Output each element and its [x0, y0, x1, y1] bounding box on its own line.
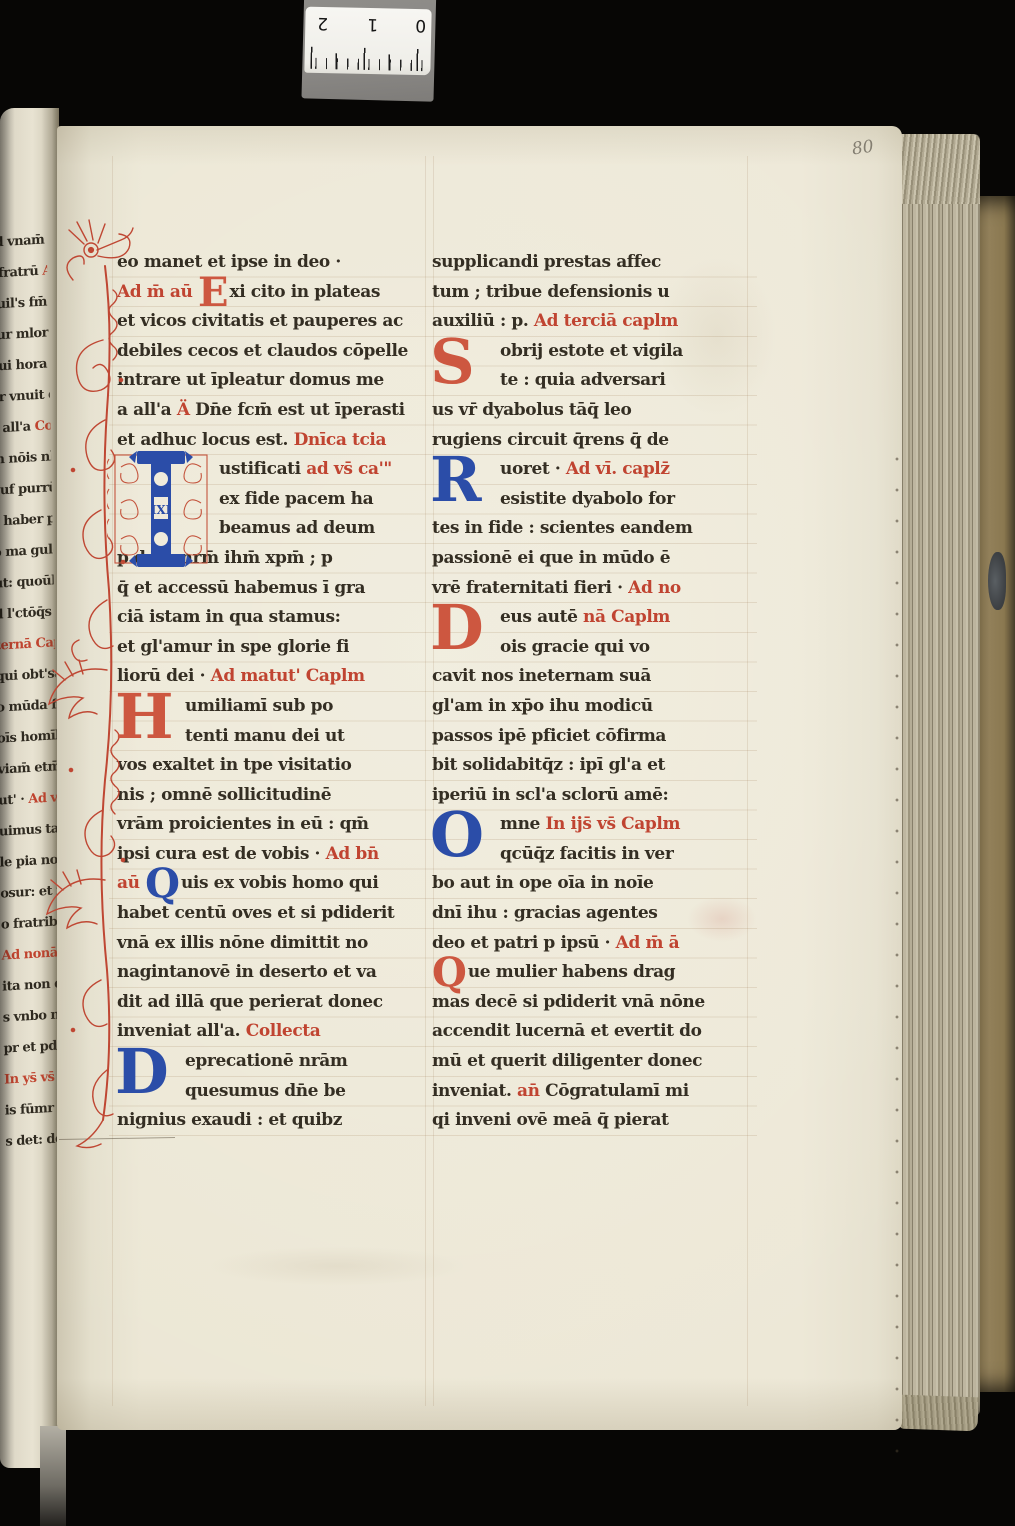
- text-segment: Dn̄e fcm̄ est ut īperasti: [195, 400, 405, 420]
- rubric-segment: Ad no: [628, 578, 681, 598]
- text-segment: us vr̄ dyabolus tāq̄ leo: [432, 400, 631, 420]
- text-segment: vos exaltet in tpe visitatio: [117, 755, 351, 775]
- text-segment: inveniat.: [432, 1081, 517, 1101]
- text-line: q̄ et accessū habemus ī gra: [117, 574, 433, 604]
- text-segment: intrare ut īpleatur domus me: [117, 370, 384, 390]
- text-segment: passionē ei que in mūdo ē: [432, 548, 670, 568]
- text-segment: accendit lucernā et evertit do: [432, 1021, 702, 1041]
- text-line: accendit lucernā et evertit do: [432, 1017, 748, 1047]
- text-line: et vicos civitatis et pauperes ac: [117, 307, 433, 337]
- text-segment: beamus ad deum: [219, 518, 375, 538]
- ruler-number-0: 0: [415, 15, 426, 35]
- text-segment: ois gracie qui vo: [500, 637, 650, 657]
- text-column-left: eo manet et ipse in deo ·Ad m̄ aū Exi ci…: [117, 248, 433, 1136]
- text-line: auxiliū : p. Ad terciā caplm: [432, 307, 748, 337]
- text-line: vos exaltet in tpe visitatio: [117, 751, 433, 781]
- text-segment: dit ad illā que perierat donec: [117, 992, 383, 1012]
- rubric-segment: Ad vī. caplz̄: [566, 459, 670, 479]
- text-line: tum ; tribue defensionis u: [432, 278, 748, 308]
- rubric-segment: Ad bn̄: [326, 844, 379, 864]
- text-segment: uis ex vobis homo qui: [181, 873, 378, 893]
- svg-text:IXI: IXI: [151, 503, 172, 517]
- text-line: vrām proicientes in eū : qm̄: [117, 810, 433, 840]
- text-line: nis ; omnē sollicitudinē: [117, 781, 433, 811]
- text-segment: qi inveni ovē meā q̄ pierat: [432, 1110, 669, 1130]
- text-line: us vr̄ dyabolus tāq̄ leo: [432, 396, 748, 426]
- rubric-segment: Collecta: [246, 1021, 321, 1041]
- text-segment: obrij estote et vigila: [500, 341, 683, 361]
- text-segment: debiles cecos et claudos cōpelle: [117, 341, 408, 361]
- text-column-right: supplicandi prestas affectum ; tribue de…: [432, 248, 748, 1136]
- text-segment: Cōgratulamī mi: [545, 1081, 689, 1101]
- text-line: dnī ihu : gracias agentes: [432, 899, 748, 929]
- text-line: nagintanovē in deserto et va: [117, 958, 433, 988]
- text-line: gl'am in xp̄o ihu modicū: [432, 692, 748, 722]
- text-line: qi inveni ovē meā q̄ pierat: [432, 1106, 748, 1136]
- text-segment: bit solidabitq̄z : ipī gl'a et: [432, 755, 665, 775]
- text-line: et gl'amur in spe glorie fi: [117, 633, 433, 663]
- rubric-segment: ad vs̄ ca'": [306, 459, 392, 479]
- text-line: ciā istam in qua stamus:: [117, 603, 433, 633]
- text-line: tes in fide : scientes eandem: [432, 514, 748, 544]
- text-line: eo manet et ipse in deo ·: [117, 248, 433, 278]
- text-segment: q̄ et accessū habemus ī gra: [117, 578, 365, 598]
- text-segment: eus autē: [500, 607, 583, 627]
- fore-edge-page-block: [896, 134, 980, 1416]
- text-line: Ad m̄ aū Exi cito in plateas: [117, 278, 433, 308]
- text-segment: mne: [500, 814, 545, 834]
- decorated-initial-D: D: [430, 597, 484, 659]
- decorated-initial-O: O: [430, 804, 484, 866]
- text-segment: quesumus dn̄e be: [185, 1081, 346, 1101]
- rubric-segment: In ijs̄ vs̄ Caplm: [545, 814, 680, 834]
- text-line: nignius exaudi : et quibz: [117, 1106, 433, 1136]
- decorated-initial-H: H: [115, 686, 174, 748]
- text-segment: mas decē si pdiderit vnā nōne: [432, 992, 705, 1012]
- text-line: passionē ei que in mūdo ē: [432, 544, 748, 574]
- text-segment: dnī ihu : gracias agentes: [432, 903, 657, 923]
- text-segment: habet centū oves et si pdiderit: [117, 903, 394, 923]
- text-line: deo et patri p ipsū · Ad m̄ ā: [432, 929, 748, 959]
- text-segment: uoret ·: [500, 459, 566, 479]
- text-line: mū et querit diligenter donec: [432, 1047, 748, 1077]
- text-segment: vnā ex illis nōne dimittit no: [117, 933, 368, 953]
- rubric-segment: Ad terciā caplm: [534, 311, 678, 331]
- text-segment: gl'am in xp̄o ihu modicū: [432, 696, 653, 716]
- text-segment: nignius exaudi : et quibz: [117, 1110, 342, 1130]
- text-segment: et gl'amur in spe glorie fi: [117, 637, 349, 657]
- rubric-segment: an̄: [517, 1081, 545, 1101]
- text-line: Que mulier habens drag: [432, 958, 748, 988]
- text-segment: nagintanovē in deserto et va: [117, 962, 376, 982]
- clasp-mark: [988, 552, 1006, 610]
- rubric-segment: Dnīca tcia: [294, 430, 387, 450]
- text-segment: ue mulier habens drag: [468, 962, 675, 982]
- text-segment: esistite dyabolo for: [500, 489, 675, 509]
- rubric-segment: Ad m̄ ā: [616, 933, 680, 953]
- decorated-initial-I: IXI: [107, 445, 215, 573]
- text-segment: cavit nos ineternam suā: [432, 666, 651, 686]
- text-line: inveniat. an̄ Cōgratulamī mi: [432, 1077, 748, 1107]
- text-line: mas decē si pdiderit vnā nōne: [432, 988, 748, 1018]
- text-segment: ex fide pacem ha: [219, 489, 373, 509]
- ruler-number-2: 2: [317, 13, 328, 33]
- text-line: a all'a Ä Dn̄e fcm̄ est ut īperasti: [117, 396, 433, 426]
- text-segment: eprecationē nrām: [185, 1051, 348, 1071]
- text-line: debiles cecos et claudos cōpelle: [117, 337, 433, 367]
- text-segment: ciā istam in qua stamus:: [117, 607, 341, 627]
- text-segment: nis ; omnē sollicitudinē: [117, 785, 331, 805]
- text-line: vnā ex illis nōne dimittit no: [117, 929, 433, 959]
- text-segment: ustificati: [219, 459, 306, 479]
- text-segment: qcūq̄z facitis in ver: [500, 844, 673, 864]
- text-line: cavit nos ineternam suā: [432, 662, 748, 692]
- text-line: dit ad illā que perierat donec: [117, 988, 433, 1018]
- rubric-segment: nā Caplm: [583, 607, 670, 627]
- photograph: 2 1 0 ad vnam̄s fratrū Aduquil's fm̄aur …: [0, 0, 1015, 1526]
- manuscript-page: 80: [57, 126, 902, 1430]
- penwork-flourish: [43, 170, 139, 1160]
- text-line: obrij estote et vigila: [432, 337, 748, 367]
- text-segment: tenti manu dei ut: [185, 726, 344, 746]
- rubric-segment: Ä: [177, 400, 195, 420]
- rubric-segment: Ad matut' Caplm: [211, 666, 365, 686]
- decorated-initial-S: S: [430, 331, 475, 393]
- facing-page-lower-edge: [40, 1426, 66, 1526]
- text-line: habet centū oves et si pdiderit: [117, 899, 433, 929]
- text-segment: bo aut in ope oīa in noīe: [432, 873, 653, 893]
- decorated-initial-R: R: [430, 449, 482, 511]
- text-segment: vrām proicientes in eū : qm̄: [117, 814, 369, 834]
- text-line: bit solidabitq̄z : ipī gl'a et: [432, 751, 748, 781]
- text-line: supplicandi prestas affec: [432, 248, 748, 278]
- ruler-tick-marks: [310, 47, 422, 71]
- folio-number: 80: [851, 137, 875, 160]
- pricking-holes: [895, 456, 899, 1456]
- text-line: aū Quis ex vobis homo qui: [117, 869, 433, 899]
- text-segment: umiliamī sub po: [185, 696, 333, 716]
- ruler-number-1: 1: [367, 14, 378, 34]
- text-segment: supplicandi prestas affec: [432, 252, 661, 272]
- text-segment: et vicos civitatis et pauperes ac: [117, 311, 403, 331]
- text-line: te : quia adversari: [432, 366, 748, 396]
- text-line: passos ipē pficiet cōfirma: [432, 722, 748, 752]
- text-line: intrare ut īpleatur domus me: [117, 366, 433, 396]
- ruler: 2 1 0: [304, 7, 431, 76]
- text-segment: tum ; tribue defensionis u: [432, 282, 669, 302]
- fore-edge-top-corner: [896, 134, 980, 204]
- fore-edge-bottom-corner: [899, 1395, 978, 1432]
- text-segment: mū et querit diligenter donec: [432, 1051, 702, 1071]
- text-segment: passos ipē pficiet cōfirma: [432, 726, 666, 746]
- text-segment: te : quia adversari: [500, 370, 665, 390]
- decorated-initial-D: D: [115, 1041, 169, 1103]
- text-segment: tes in fide : scientes eandem: [432, 518, 692, 538]
- text-segment: xi cito in plateas: [230, 282, 381, 302]
- text-line: bo aut in ope oīa in noīe: [432, 869, 748, 899]
